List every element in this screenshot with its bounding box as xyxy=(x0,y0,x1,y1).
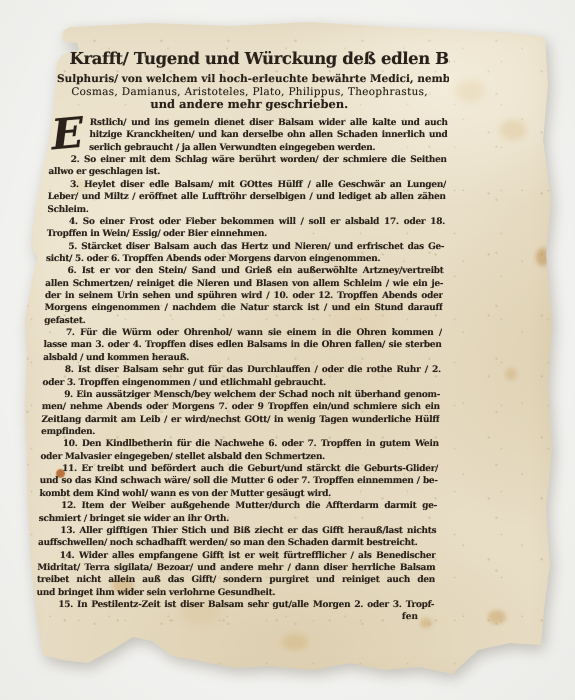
text-line: 15. In Pestilentz-Zeit ist diser Balsam … xyxy=(36,599,434,611)
subtitle-line-3: und andere mehr geschrieben. xyxy=(50,98,448,110)
text-line: Midritat/ Terra sigilata/ Bezoar/ und an… xyxy=(37,562,435,574)
paragraph: 7. Für die Würm oder Ohrenhol/ wann sie … xyxy=(43,327,442,364)
text-line: gefastet. xyxy=(44,315,442,327)
text-line: sicht/ 5. oder 6. Tropffen Abends oder M… xyxy=(46,253,444,265)
paragraph: 6. Ist er vor den Stein/ Sand und Grieß … xyxy=(44,265,444,327)
text-line: serlich gebraucht / ja allen Verwundten … xyxy=(49,142,447,154)
text-line: Rstlich/ und ins gemein dienet diser Bal… xyxy=(50,117,448,129)
text-line: 7. Für die Würm oder Ohrenhol/ wann sie … xyxy=(44,327,442,339)
text-line: 8. Ist diser Balsam sehr gut für das Dur… xyxy=(43,364,441,376)
text-line: Tropffen in Wein/ Essig/ oder Bier einne… xyxy=(46,228,444,240)
document-page: Krafft/ Tugend und Würckung deß edlen Ba… xyxy=(0,0,575,700)
text-line: 4. So einer Frost oder Fieber bekommen w… xyxy=(47,216,445,228)
text-line: 10. Den Kindlbetherin für die Nachwehe 6… xyxy=(41,438,439,450)
text-line: auffschwellen/ noch schadhafft werden/ s… xyxy=(38,537,436,549)
text-line: allen Schmertzen/ reiniget die Nieren un… xyxy=(45,278,443,290)
text-line: und bringet ihm wider sein verlohrne Ges… xyxy=(36,587,434,599)
text-line: 5. Stärcket diser Balsam auch das Hertz … xyxy=(46,241,444,253)
paragraph: 13. Aller gifftigen Thier Stich und Biß … xyxy=(38,525,437,550)
text-line: und so das Kind schwach wäre/ soll die M… xyxy=(40,475,438,487)
paragraph: 10. Den Kindlbetherin für die Nachwehe 6… xyxy=(40,438,439,463)
text-line: schmiert / bringet sie wider an ihr Orth… xyxy=(39,513,437,525)
paragraph: 2. So einer mit dem Schlag wäre berührt … xyxy=(48,154,447,179)
paragraph: 4. So einer Frost oder Fieber bekommen w… xyxy=(46,216,445,241)
text-line: Zeitlang darmit am Leib / er wird/nechst… xyxy=(41,414,439,426)
text-line: 6. Ist er vor den Stein/ Sand und Grieß … xyxy=(45,265,443,277)
document-text: Krafft/ Tugend und Würckung deß edlen Ba… xyxy=(36,42,450,624)
text-line: 3. Heylet diser edle Balsam/ mit GOttes … xyxy=(48,179,446,191)
paragraph: 8. Ist diser Balsam sehr gut für das Dur… xyxy=(42,364,441,389)
subtitle-line-1: Sulphuris/ von welchem vil hoch-erleucht… xyxy=(51,70,449,86)
text-line: 13. Aller gifftigen Thier Stich und Biß … xyxy=(38,525,436,537)
text-line: 11. Er treibt und befördert auch die Geb… xyxy=(40,463,438,475)
paragraph: 15. In Pestilentz-Zeit ist diser Balsam … xyxy=(36,599,434,611)
catchword: fen xyxy=(36,611,434,623)
paragraph: 3. Heylet diser edle Balsam/ mit GOttes … xyxy=(47,179,446,216)
text-line: Leber/ und Miltz / eröffnet alle Lufftrö… xyxy=(47,191,445,203)
paragraph: 5. Stärcket diser Balsam auch das Hertz … xyxy=(46,241,445,266)
text-line: der in seinem Urin sehen und spühren wir… xyxy=(45,290,443,302)
stain xyxy=(455,80,485,102)
text-line: alsbald / und kommen herauß. xyxy=(43,352,441,364)
text-line: oder 3. Tropffen eingenommen / und etlic… xyxy=(42,377,440,389)
paragraph: 12. Item der Weiber außgehende Mutter/du… xyxy=(39,500,438,525)
text-line: men/ nehme Abends oder Morgens 7. oder 9… xyxy=(42,401,440,413)
text-line: treibet nicht allein auß das Gifft/ sond… xyxy=(37,574,435,586)
text-line: 12. Item der Weiber außgehende Mutter/du… xyxy=(39,500,437,512)
stain xyxy=(505,368,517,380)
stain xyxy=(488,610,506,624)
stain xyxy=(500,120,526,140)
paragraph: ERstlich/ und ins gemein dienet diser Ba… xyxy=(49,117,448,154)
photo-background: Krafft/ Tugend und Würckung deß edlen Ba… xyxy=(0,0,575,700)
text-line: kombt dem Kind wohl/ wann es von der Mut… xyxy=(39,488,437,500)
text-line: Schleim. xyxy=(47,204,445,216)
text-line: lasse man 3. oder 4. Tropffen dises edle… xyxy=(43,339,441,351)
text-line: 9. Ein aussätziger Mensch/bey welchem de… xyxy=(42,389,440,401)
paragraph: 11. Er treibt und befördert auch die Geb… xyxy=(39,463,438,500)
paragraph: 9. Ein aussätziger Mensch/bey welchem de… xyxy=(41,389,440,438)
drop-cap-initial: E xyxy=(50,113,84,156)
document-title: Krafft/ Tugend und Würckung deß edlen Ba… xyxy=(51,42,450,70)
text-line: allwo er geschlagen ist. xyxy=(48,166,446,178)
stain xyxy=(282,634,308,650)
text-line: empfinden. xyxy=(41,426,439,438)
text-line: oder Malvasier eingegeben/ stellet alsba… xyxy=(40,451,438,463)
body-text: ERstlich/ und ins gemein dienet diser Ba… xyxy=(36,117,448,611)
text-line: Morgens eingenommen / nachdem die Natur … xyxy=(44,302,442,314)
text-line: 2. So einer mit dem Schlag wäre berührt … xyxy=(49,154,447,166)
paper-shadow: Krafft/ Tugend und Würckung deß edlen Ba… xyxy=(0,0,575,700)
paragraph: 14. Wider alles empfangene Gifft ist er … xyxy=(36,550,435,599)
stain xyxy=(536,248,550,266)
text-line: 14. Wider alles empfangene Gifft ist er … xyxy=(37,550,435,562)
text-line: hitzige Kranckheiten/ und kan derselbe o… xyxy=(49,129,447,141)
